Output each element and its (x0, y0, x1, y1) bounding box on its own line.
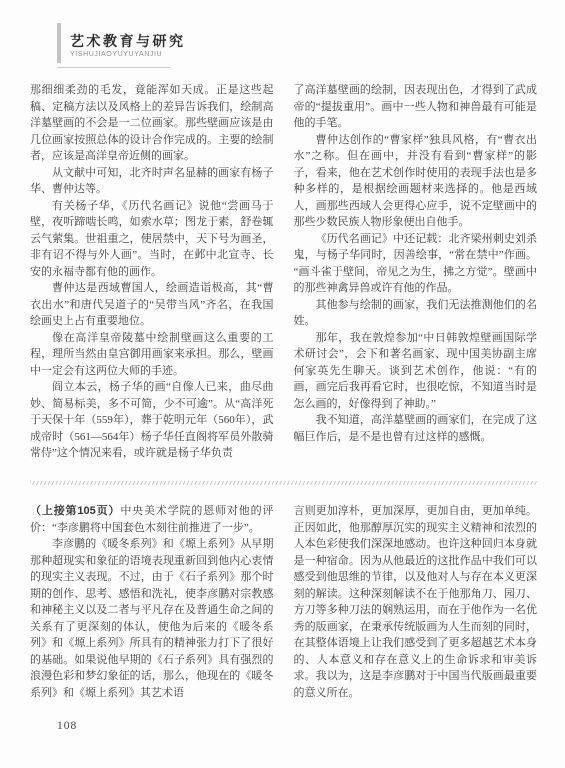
article-bottom-right-column: 言则更加淳朴，更加深厚，更加自由，更加单纯。正因如此，他那醇厚沉实的现实主义精神… (294, 503, 538, 701)
article-top-right-column: 了高洋墓壁画的绘制，因表现出色，才得到了武成帝的“提拔重用”。画中一些人物和神兽… (294, 82, 538, 462)
article-bottom: （上接第105页）中央美术学院的恩师对他的评价：“李彦鹏将中国套色木刻往前推进了… (30, 503, 537, 701)
journal-title-pinyin: YISHUJIAOYUYUYANJIU (70, 51, 186, 58)
section-divider (30, 481, 537, 485)
journal-title: 艺术教育与研究 (70, 22, 186, 49)
paragraph: 曹仲达是西域曹国人，绘画造诣极高，其“曹衣出水”和唐代吴道子的“吴带当风”齐名，… (30, 280, 274, 330)
paragraph: 《历代名画记》中还记载：北齐梁州刺史刘杀鬼，与杨子华同时，因善绘事，“常在禁中”… (294, 231, 538, 297)
paragraph: 言则更加淳朴，更加深厚，更加自由，更加单纯。正因如此，他那醇厚沉实的现实主义精神… (294, 503, 538, 701)
page-number: 108 (57, 720, 77, 732)
paragraph: 了高洋墓壁画的绘制，因表现出色，才得到了武成帝的“提拔重用”。画中一些人物和神兽… (294, 82, 538, 132)
paragraph: 我不知道，高洋墓壁画的画家们，在完成了这幅巨作后，是不是也曾有过这样的感慨。 (294, 412, 538, 445)
paragraph: 曹仲达创作的“曹家样”独具风格，有“曹衣出水”之称。但在画中，并没有看到“曹家样… (294, 132, 538, 231)
article-top: 那细细柔劲的毛发，竟能浑如天成。正是这些起稿、定稿方法以及风格上的差异告诉我们，… (30, 82, 537, 462)
article-top-left-column: 那细细柔劲的毛发，竟能浑如天成。正是这些起稿、定稿方法以及风格上的差异告诉我们，… (30, 82, 274, 462)
paragraph: 阎立本云，杨子华的画“自像人已来，曲尽曲妙、简易标美，多不可简，少不可逾”。从“… (30, 379, 274, 462)
paragraph: 有关杨子华，《历代名画记》说他“尝画马于壁，夜听蹄啮长鸣，如索水草；图龙于素，舒… (30, 198, 274, 281)
journal-header: 艺术教育与研究 YISHUJIAOYUYUYANJIU (57, 22, 186, 68)
header-rule (57, 67, 170, 68)
continued-from-note: （上接第105页） (30, 505, 120, 517)
header-accent-bar (57, 23, 61, 63)
paragraph: 那细细柔劲的毛发，竟能浑如天成。正是这些起稿、定稿方法以及风格上的差异告诉我们，… (30, 82, 274, 165)
paragraph: 从文献中可知，北齐时声名显赫的画家有杨子华、曹仲达等。 (30, 165, 274, 198)
journal-masthead: 艺术教育与研究 YISHUJIAOYUYUYANJIU (57, 22, 186, 63)
article-bottom-left-column: （上接第105页）中央美术学院的恩师对他的评价：“李彦鹏将中国套色木刻往前推进了… (30, 503, 274, 701)
magazine-page: 艺术教育与研究 YISHUJIAOYUYUYANJIU 那细细柔劲的毛发，竟能浑… (0, 0, 565, 768)
paragraph: 那年，我在敦煌参加“中日韩敦煌壁画国际学术研讨会”，会下和著名画家、现中国美协副… (294, 330, 538, 413)
paragraph: （上接第105页）中央美术学院的恩师对他的评价：“李彦鹏将中国套色木刻往前推进了… (30, 503, 274, 536)
paragraph: 李彦鹏的《暖冬系列》和《塬上系列》从早期那种超现实和象征的语境表现重新回到他内心… (30, 536, 274, 701)
journal-title-block: 艺术教育与研究 YISHUJIAOYUYUYANJIU (70, 22, 186, 58)
paragraph: 像在高洋皇帝陵墓中绘制壁画这么重要的工程，理所当然由皇宫御用画家来承担。那么，壁… (30, 330, 274, 380)
paragraph: 其他参与绘制的画家，我们无法推测他们的名姓。 (294, 297, 538, 330)
